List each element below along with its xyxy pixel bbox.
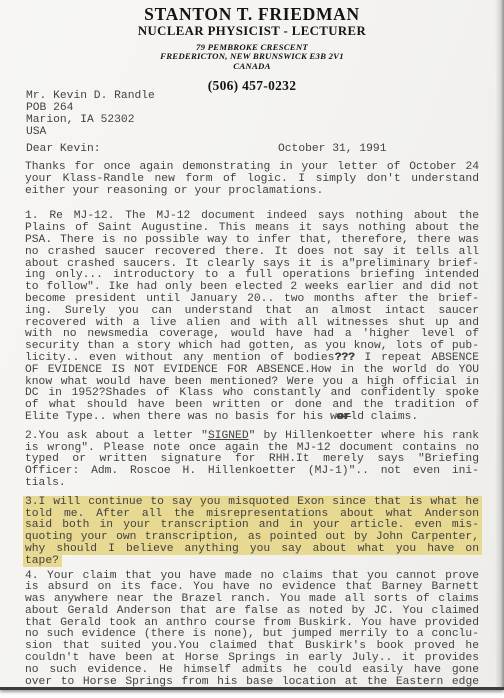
text-segment: 1. Re MJ-12. The MJ-12 document indeed s… [25, 210, 479, 222]
text-segment: know what would have been mentioned? Wer… [25, 376, 479, 388]
text-segment: over to Horse Springs from his base loca… [25, 676, 479, 688]
text-line: Elite Type.. when there was no basis for… [25, 412, 479, 424]
text-segment: to follow". Ike had only been elected 2 … [25, 281, 479, 293]
text-segment: of what should have been written or done… [25, 399, 479, 411]
recipient-address: Mr. Kevin D. Randle POB 264 Marion, IA 5… [26, 90, 155, 138]
text-line: tape? [25, 556, 479, 568]
text-line: over to Horse Springs from his base loca… [25, 677, 479, 689]
text-segment: " by Hillenkoetter where his rank [249, 430, 479, 442]
text-segment: why should I believe anything you say ab… [25, 543, 479, 555]
text-segment: was anywhere near the Brazel ranch. You … [25, 593, 479, 605]
letterhead-title: NUCLEAR PHYSICIST - LECTURER [0, 24, 504, 39]
recipient-line: POB 264 [26, 102, 155, 114]
recipient-line: Mr. Kevin D. Randle [26, 90, 155, 102]
letterhead-address-line: CANADA [0, 62, 504, 71]
text-segment: no such evidence. He himself admits he c… [25, 664, 479, 676]
text-segment: 3.I will continue to say you misquoted E… [25, 496, 479, 508]
text-segment: security than a story which had gotten, … [25, 340, 479, 352]
text-segment: ing only... introductory to a full opera… [25, 269, 479, 281]
text-segment: Elite Type.. when there was no basis for… [25, 411, 337, 423]
text-segment: sion that suited you.You claimed that Bu… [25, 640, 479, 652]
recipient-line: Marion, IA 52302 [26, 114, 155, 126]
text-segment: licity.. even without any mention of bod… [25, 352, 334, 364]
text-line: either your reasoning or your proclamati… [25, 186, 479, 198]
text-segment: Plains of Saint Augustine. This means it… [25, 222, 479, 234]
letterhead-name: STANTON T. FRIEDMAN [0, 5, 504, 24]
text-segment: is absurd on its face. You have no evide… [25, 581, 479, 593]
text-segment: couldn't have been at Horse Springs in e… [25, 652, 479, 664]
text-segment: about crashed saucers. It clearly says i… [25, 258, 479, 270]
text-segment: that Gerald took an anthro course from B… [25, 617, 479, 629]
paragraph-intro: Thanks for once again demonstrating in y… [25, 162, 479, 197]
text-segment: I repeat ABSENCE [355, 352, 479, 364]
text-segment: said both in your transcription and in y… [25, 519, 479, 531]
text-segment: become president until January 20.. two … [25, 293, 479, 305]
text-segment: DC in 1952?Shades of Klass who constantl… [25, 387, 479, 399]
text-line: 3.I will continue to say you misquoted E… [25, 497, 479, 509]
text-segment: your Klass-Randle new form of logic. I s… [25, 173, 479, 185]
text-segment: about Gerald Anderson that are false as … [25, 605, 479, 617]
text-segment: told me. After all the misrepresentation… [25, 508, 479, 520]
text-segment: tials. [25, 477, 66, 489]
letter-page: STANTON T. FRIEDMAN NUCLEAR PHYSICIST - … [0, 0, 504, 690]
text-segment: Thanks for once again demonstrating in y… [25, 161, 479, 173]
text-segment: typed or written signature for RHH.It me… [25, 453, 479, 465]
text-segment: OF EVIDENCE IS NOT EVIDENCE FOR ABSENCE.… [25, 364, 479, 376]
text-segment: tape? [25, 555, 59, 567]
emphasized-text: ??? [334, 352, 354, 364]
text-segment: recovered with a live alien and with all… [25, 317, 479, 329]
text-line: Officer: Adm. Roscoe H. Hillenkoetter (M… [25, 466, 479, 478]
letter-date: October 31, 1991 [278, 143, 386, 155]
paragraph-p1: 1. Re MJ-12. The MJ-12 document indeed s… [25, 211, 479, 423]
paragraph-p3: 3.I will continue to say you misquoted E… [25, 497, 479, 568]
salutation: Dear Kevin: [26, 143, 101, 155]
letter-body: Thanks for once again demonstrating in y… [25, 162, 479, 688]
recipient-line: USA [26, 126, 155, 138]
text-segment: 4. Your claim that you have made no clai… [25, 570, 479, 582]
text-segment: PSA. There is no possible way to infer t… [25, 234, 479, 246]
paragraph-p4: 4. Your claim that you have made no clai… [25, 571, 479, 689]
text-segment: no crashed saucer recovered there. It do… [25, 246, 479, 258]
text-segment: is wrong". Please note once again the MJ… [25, 442, 479, 454]
text-segment: Officer: Adm. Roscoe H. Hillenkoetter (M… [25, 465, 479, 477]
text-segment: 2.You ask about a letter " [25, 430, 208, 442]
text-segment: ing. Surely you can understand that an a… [25, 305, 479, 317]
text-segment: quoting your own transcription, as point… [25, 531, 479, 543]
scanned-letter-image: STANTON T. FRIEDMAN NUCLEAR PHYSICIST - … [0, 0, 504, 698]
text-segment: no such evidence (there is none), but ju… [25, 628, 479, 640]
photo-right-edge-shadow [495, 0, 504, 687]
overstruck-text: or [337, 411, 351, 423]
text-line: why should I believe anything you say ab… [25, 544, 479, 556]
text-segment: either your reasoning or your proclamati… [25, 185, 323, 197]
paragraph-p2: 2.You ask about a letter "SIGNED" by Hil… [25, 431, 479, 490]
underlined-text: SIGNED [208, 430, 249, 442]
letterhead: STANTON T. FRIEDMAN NUCLEAR PHYSICIST - … [0, 5, 504, 94]
text-segment: ld claims. [350, 411, 418, 423]
text-segment: with no newsmedia coverage, would have h… [25, 328, 479, 340]
text-line: tials. [25, 478, 479, 490]
